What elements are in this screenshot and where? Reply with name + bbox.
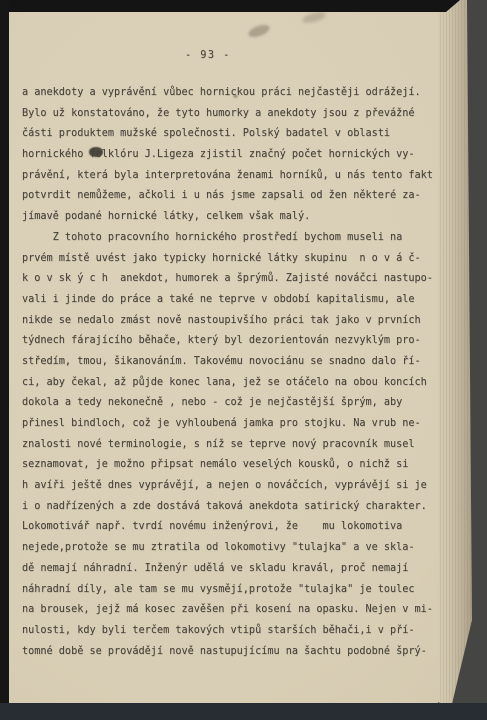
text-line: znalosti nové terminologie, s níž se tep… bbox=[22, 435, 433, 456]
page-number: - 93 - bbox=[185, 50, 231, 61]
scan-border-left bbox=[0, 0, 9, 720]
smudge-mark bbox=[247, 23, 271, 40]
text-line: části produktem mužské společnosti. Pols… bbox=[22, 124, 433, 145]
text-line: na brousek, jejž má kosec zavěšen při ko… bbox=[22, 600, 433, 621]
text-line: dokola a tedy nekonečně , nebo - což je … bbox=[22, 393, 433, 414]
text-line: h avíři ještě dnes vyprávějí, a nejen o … bbox=[22, 476, 433, 497]
text-line: nikde se nedalo zmást nově nastoupivšího… bbox=[22, 311, 433, 332]
book-page-edges bbox=[434, 0, 474, 708]
text-line: středím, tmou, šikanováním. Takovému nov… bbox=[22, 352, 433, 373]
text-line: přinesl bindloch, což je vyhloubená jamk… bbox=[22, 414, 433, 435]
text-line: i o nadřízených a zde dostává taková ane… bbox=[22, 497, 433, 518]
text-line: tomné době se provádějí nově nastupující… bbox=[22, 642, 433, 663]
text-line: vali i jinde do práce a také ne teprve v… bbox=[22, 290, 433, 311]
text-line: k o v sk ý c h anekdot, humorek a šprýmů… bbox=[22, 269, 433, 290]
text-line: nejede,protože se mu ztratila od lokomot… bbox=[22, 538, 433, 559]
scan-border-bottom bbox=[0, 703, 487, 720]
document-page: - 93 - a anekdoty a vyprávění vůbec horn… bbox=[9, 11, 438, 704]
text-line: týdnech fárajícího běhače, který byl dez… bbox=[22, 331, 433, 352]
text-line: nulosti, kdy byli terčem takových vtipů … bbox=[22, 621, 433, 642]
text-line: hornického folklóru J.Ligeza zjistil zna… bbox=[22, 145, 433, 166]
text-line: náhradní díly, ale tam se mu vysmějí,pro… bbox=[22, 580, 433, 601]
text-line: prvém místě uvést jako typicky hornické … bbox=[22, 249, 433, 270]
text-line: jímavě podané hornické látky, celkem vša… bbox=[22, 207, 433, 228]
text-line: dě nemají náhradní. Inženýr udělá ve skl… bbox=[22, 559, 433, 580]
text-line: a anekdoty a vyprávění vůbec hornickou p… bbox=[22, 83, 433, 104]
scan-border-top bbox=[0, 0, 460, 12]
text-line: ci, aby čekal, až půjde konec lana, jež … bbox=[22, 373, 433, 394]
smudge-mark bbox=[301, 10, 327, 25]
text-line: potvrdit nemůžeme, ačkoli i u nás jsme z… bbox=[22, 186, 433, 207]
text-line: právění, která byla interpretována ženam… bbox=[22, 166, 433, 187]
text-line: Bylo už konstatováno, že tyto humorky a … bbox=[22, 104, 433, 125]
text-line: Lokomotivář např. tvrdí novému inženýrov… bbox=[22, 517, 433, 538]
text-line: Z tohoto pracovního hornického prostředí… bbox=[22, 228, 433, 249]
text-line: seznamovat, je možno připsat nemálo vese… bbox=[22, 455, 433, 476]
typewritten-text-block: a anekdoty a vyprávění vůbec hornickou p… bbox=[22, 83, 433, 662]
